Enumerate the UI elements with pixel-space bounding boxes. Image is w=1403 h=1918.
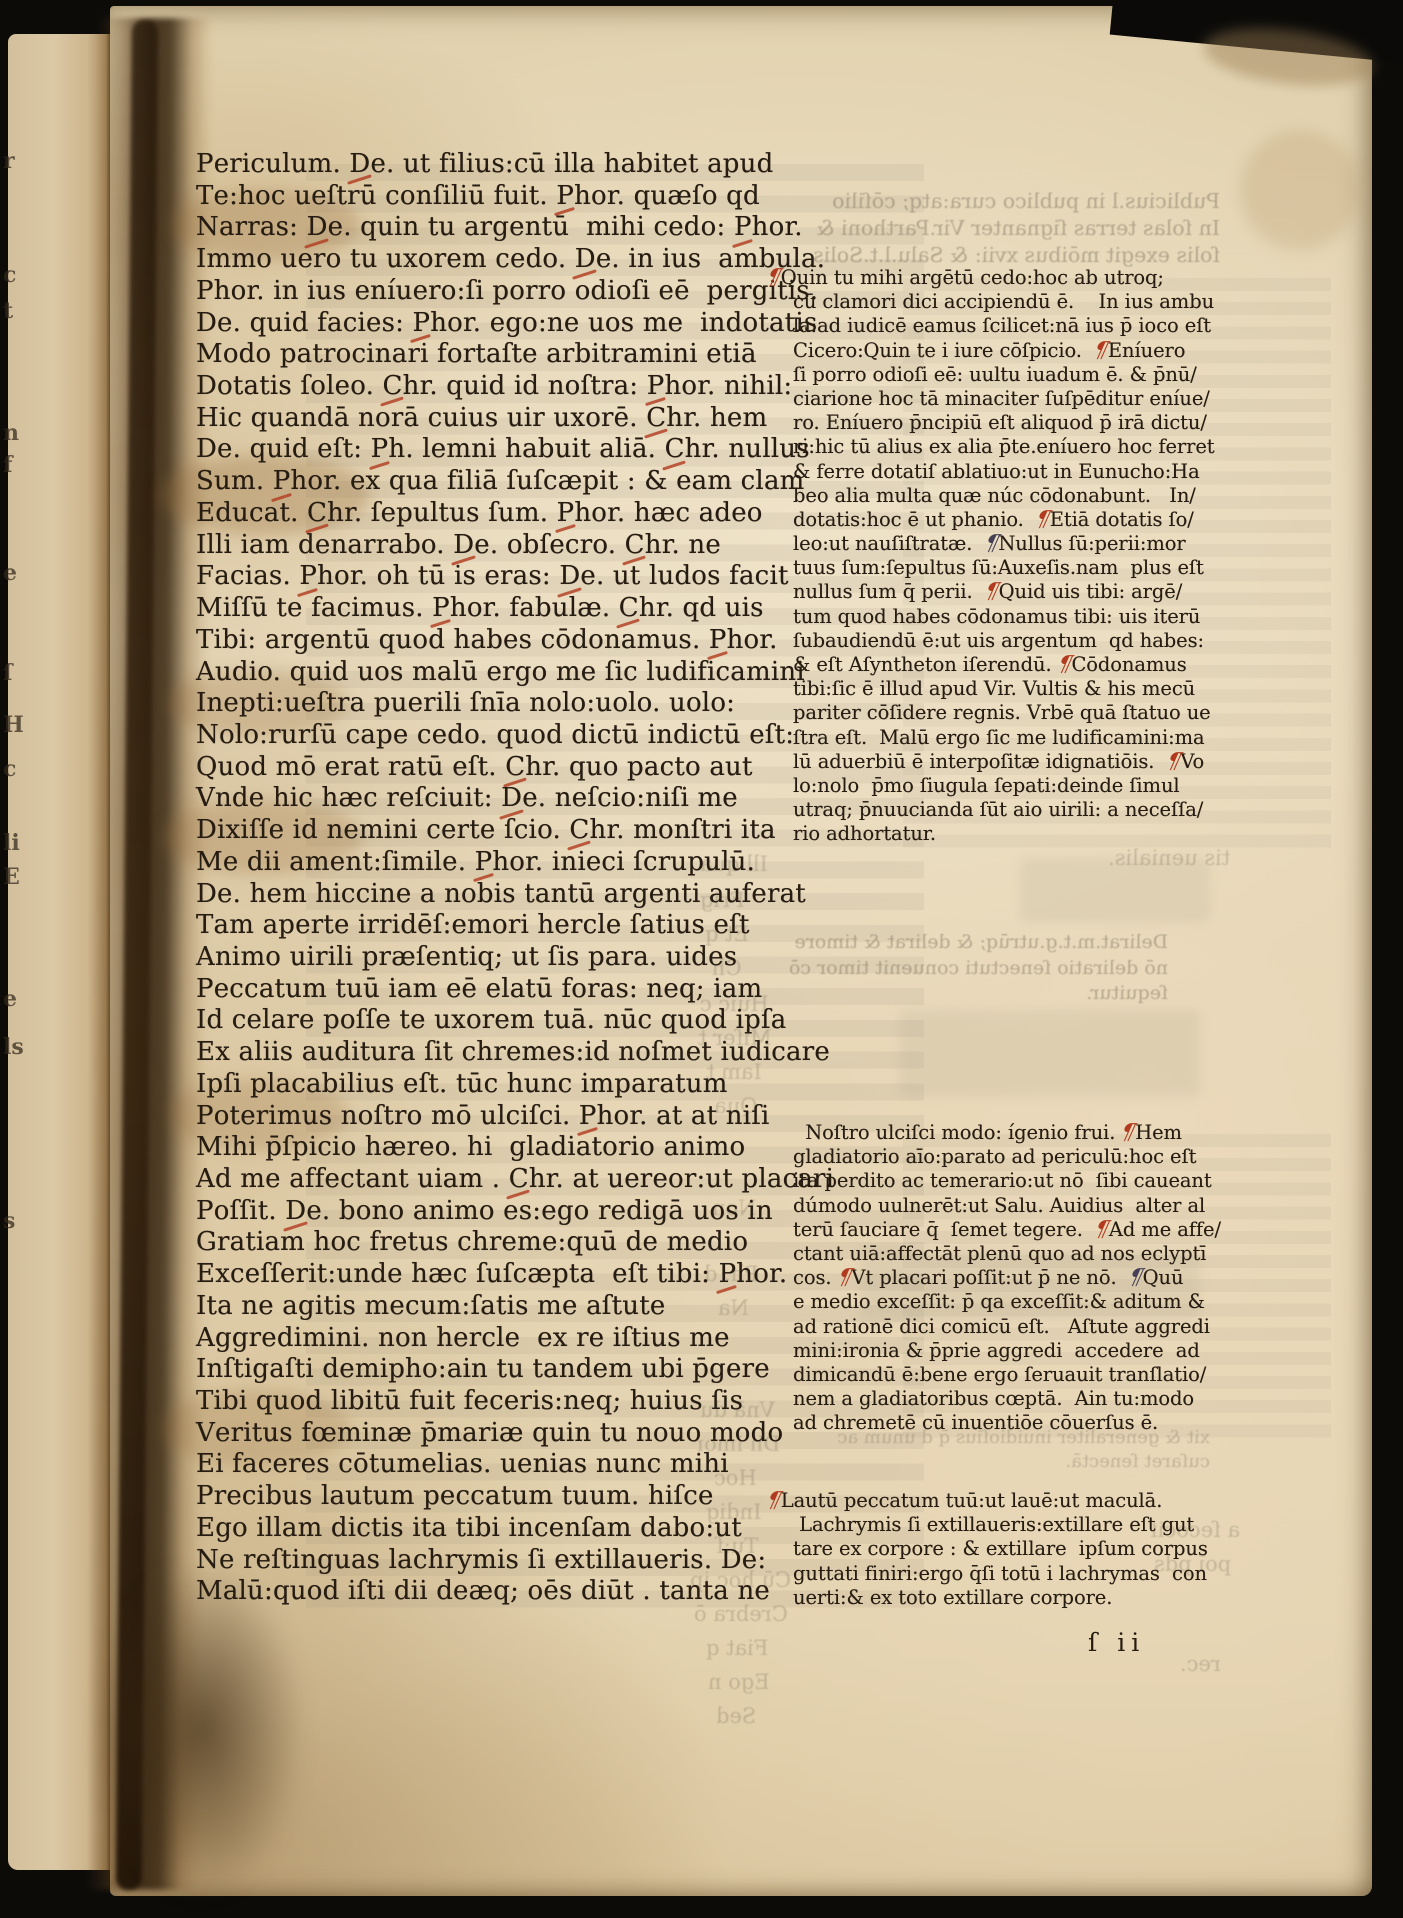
rubricated-initial: T [196, 181, 214, 213]
commentary-line: Cicero:Quin te i iure cōſpicio. ¶Eníuero [793, 339, 1233, 363]
commentary-line: ciarione hoc tā minaciter ſuſpēditur ení… [793, 387, 1233, 411]
main-text-column: Periculum. De. ut filius:cū illa habitet… [196, 149, 836, 1608]
rubricated-initial: D [196, 815, 217, 847]
rubricated-initial: N [196, 720, 219, 752]
commentary-line: ad chremetē cū inuentiōe cōuerſus ē. [793, 1411, 1233, 1435]
rubricated-initial: I [196, 1291, 206, 1323]
verse-line: Ne reſtinguas lachrymis ſi extillaueris.… [196, 1545, 836, 1577]
verse-line: De. quid facies: Phor. ego:ne uos me ind… [196, 308, 836, 340]
speaker-abbreviation: Chr. [625, 530, 680, 560]
verse-line: Ex aliis auditura ſit chremes:id noſmet … [196, 1037, 836, 1069]
commentary-line: gladiatorio aīo:parato ad periculū:hoc e… [793, 1145, 1233, 1169]
speaker-abbreviation: De. [453, 530, 498, 560]
commentary-line: la:ad iudicē eamus ſcilicet:nā ius p̄ io… [793, 314, 1233, 338]
verse-line: Sum. Phor. ex qua filiā ſuſcæpit : & eam… [196, 466, 836, 498]
commentary-line: uerti:& ex toto extillare corpore. [793, 1586, 1233, 1610]
verse-line: Dotatis ſoleo. Chr. quid id noſtra: Phor… [196, 371, 836, 403]
rubricated-initial: E [196, 1449, 215, 1481]
facing-page-letter-fragment: H [3, 712, 33, 738]
speaker-abbreviation: Phor. [273, 466, 342, 496]
verse-line: Poſſit. De. bono animo es:ego redigā uos… [196, 1196, 836, 1228]
speaker-abbreviation: Chr. [509, 1164, 564, 1194]
rubricated-initial: A [196, 1164, 215, 1196]
speaker-abbreviation: Chr. [646, 403, 701, 433]
verse-line: Immo uero tu uxorem cedo. De. in ius amb… [196, 244, 836, 276]
facing-page-letter-fragment: E [3, 864, 33, 890]
speaker-abbreviation: Phor. [647, 371, 716, 401]
rubricated-initial: M [196, 1576, 223, 1608]
verse-line: Dixiſſe id nemini certe ſcio. Chr. monſt… [196, 815, 836, 847]
pilcrow-mark: ¶ [1126, 1266, 1146, 1290]
rubricated-initial: H [196, 403, 219, 435]
verse-line: Ad me affectant uiam . Chr. at uereor:ut… [196, 1164, 836, 1196]
verse-line: Te:hoc ueſtrū conſiliū fuit. Phor. quæſo… [196, 181, 836, 213]
verse-line: Quod mō erat ratū eſt. Chr. quo pacto au… [196, 752, 836, 784]
rubricated-initial: I [196, 688, 206, 720]
verse-line: Peccatum tuū iam eē elatū foras: neq; ia… [196, 974, 836, 1006]
verse-line: Modo patrocinari fortaſte arbitramini et… [196, 339, 836, 371]
pilcrow-mark: ¶ [1091, 339, 1111, 363]
verse-line: Tibi: argentū quod habes cōdonamus. Phor… [196, 625, 836, 657]
commentary-line: tare ex corpore : & extillare ipſum corp… [793, 1537, 1233, 1561]
facing-page-letter-fragment: f [3, 452, 33, 478]
rubricated-initial: P [196, 276, 214, 308]
rubricated-initial: N [196, 212, 219, 244]
commentary-line: terū ſauciare q̄ ſemet tegere. ¶Ad me af… [793, 1218, 1233, 1242]
commentary-line: nem a gladiatoribus cœptā. Ain tu:modo [793, 1387, 1233, 1411]
pilcrow-mark: ¶ [1164, 750, 1184, 774]
rubricated-initial: M [196, 593, 223, 625]
commentary-line: cū clamori dici accipiendū ē. In ius amb… [793, 290, 1233, 314]
verse-line: Ipſi placabilius eſt. tūc hunc imparatum [196, 1069, 836, 1101]
commentary-line: leo:ut nauſiſtratæ. ¶Nullus ſū:perii:mor [793, 532, 1233, 556]
commentary-line: pariter cōſidere regnis. Vrbē quā ſtatuo… [793, 701, 1233, 725]
rubricated-initial: V [196, 783, 215, 815]
speaker-abbreviation: De. [307, 212, 352, 242]
commentary-line: e medio exceſſit: p̄ qa exceſſit:& aditu… [793, 1290, 1233, 1314]
rubricated-initial: D [196, 371, 217, 403]
speaker-abbreviation: Phor. [719, 1259, 788, 1289]
pilcrow-mark: ¶ [777, 1489, 784, 1513]
rubricated-initial: P [196, 974, 214, 1006]
speaker-abbreviation: Phor. [579, 1101, 648, 1131]
commentary-line: nullus ſum q̄ perii. ¶Quid uis tibi: arg… [793, 580, 1233, 604]
commentary-line: Lachrymis ſi extillaueris:extillare eſt … [793, 1513, 1233, 1537]
commentary-line: ri:hic tū alius ex alia p̄te.eníuero hoc… [793, 435, 1233, 459]
commentary-line: ad rationē dici comicū eſt. Aſtute aggre… [793, 1315, 1233, 1339]
verse-line: Precibus lautum peccatum tuum. hiſce [196, 1481, 836, 1513]
speaker-abbreviation: Phor. [475, 847, 544, 877]
speaker-abbreviation: De. [349, 149, 394, 179]
facing-page-letter-fragment: r [3, 148, 33, 174]
facing-page-letter-fragment: ls [3, 1034, 33, 1060]
rubricated-initial: I [196, 1005, 206, 1037]
rubricated-initial: A [196, 942, 215, 974]
stain [1240, 130, 1360, 250]
verse-line: Narras: De. quin tu argentū mihi cedo: P… [196, 212, 836, 244]
commentary-line: tum quod habes cōdonamus tibi: uis iterū [793, 605, 1233, 629]
rubricated-initial: I [196, 530, 206, 562]
verse-line: Exceſſerit:unde hæc ſuſcæpta eſt tibi: P… [196, 1259, 836, 1291]
commentary-line: ſubaudiendū ē:ut uis argentum qd habes: [793, 629, 1233, 653]
verse-line: Nolo:rurſū cape cedo. quod dictū indictū… [196, 720, 836, 752]
commentary-line: guttati finiri:ergo q̄ſi totū i lachryma… [793, 1562, 1233, 1586]
commentary-line: cos. ¶Vt placari poſſit:ut p̄ ne nō. ¶Qu… [793, 1266, 1233, 1290]
verse-line: Ei faceres cōtumelias. uenias nunc mihi [196, 1449, 836, 1481]
rubricated-initial: E [196, 498, 215, 530]
commentary-block: ¶Lautū peccatum tuū:ut lauē:ut maculā. L… [793, 1489, 1233, 1610]
rubricated-initial: I [196, 1354, 206, 1386]
commentary-line: rio adhortatur. [793, 822, 1233, 846]
commentary-line: ſtra eſt. Malū ergo ſic me ludificamini:… [793, 726, 1233, 750]
showthrough-haze [1020, 858, 1210, 922]
rubricated-initial: M [196, 847, 223, 879]
speaker-abbreviation: Ph. [371, 434, 414, 464]
speaker-abbreviation: Chr. [619, 593, 674, 623]
facing-page-letter-fragment: n [3, 420, 33, 446]
commentary-line: ita perdito ac temerario:ut nō ſibi caue… [793, 1169, 1233, 1193]
commentary-line: lū aduerbiū ē interpoſitæ idignatiōis. ¶… [793, 750, 1233, 774]
pilcrow-mark: ¶ [1033, 508, 1053, 532]
speaker-abbreviation: De. [285, 1196, 330, 1226]
commentary-line: beo alia multa quæ núc cōdonabunt. In/ [793, 484, 1233, 508]
rubricated-initial: T [196, 910, 214, 942]
pilcrow-mark: ¶ [1055, 653, 1075, 677]
rubricated-initial: T [196, 1386, 214, 1418]
facing-page-letter-fragment: c [3, 262, 33, 288]
rubricated-initial: G [196, 1227, 217, 1259]
pilcrow-mark: ¶ [1092, 1218, 1112, 1242]
verse-line: Miſſū te facimus. Phor. fabulæ. Chr. qd … [196, 593, 836, 625]
commentary-line: & eſt Aſyntheton iſerendū. ¶Cōdonamus [793, 653, 1233, 677]
verse-line: Inepti:ueſtra puerili ſnīa nolo:uolo. uo… [196, 688, 836, 720]
rubricated-initial: A [196, 657, 215, 689]
commentary-line: Noſtro ulciſci modo: ígenio frui. ¶Hem [793, 1121, 1233, 1145]
book-scan: rctnfeſHcliEelss Publicius.l in publico … [0, 0, 1403, 1918]
commentary-block: ¶Quin tu mihi argētū cedo:hoc ab utroq;c… [793, 266, 1233, 847]
speaker-abbreviation: De. [559, 561, 604, 591]
speaker-abbreviation: Phor. [432, 593, 501, 623]
facing-page-letter-fragment: t [3, 298, 33, 324]
verse-line: Malū:quod iſti dii deæq; oēs diūt . tant… [196, 1576, 836, 1608]
pilcrow-mark: ¶ [982, 580, 1002, 604]
gutter-bottom-shadow [96, 1560, 306, 1900]
commentary-line: ſi porro odioſi eē: uultu iuadum ē. & p̄… [793, 363, 1233, 387]
rubricated-initial: E [196, 1037, 215, 1069]
signature-mark: ſ ii [1088, 1628, 1145, 1657]
rubricated-initial: E [196, 1259, 215, 1291]
verse-line: Mihi p̄ſpicio hæreo. hi gladiatorio anim… [196, 1132, 836, 1164]
speaker-abbreviation: Phor. [734, 212, 803, 242]
commentary-line: dúmodo uulnerēt:ut Salu. Auidius alter a… [793, 1194, 1233, 1218]
rubricated-initial: D [196, 879, 217, 911]
speaker-abbreviation: Chr. [505, 752, 560, 782]
commentary-line: ro. Eníuero p̄ncipiū eſt aliquod p̄ irā … [793, 411, 1233, 435]
facing-page-letter-fragment: e [3, 560, 33, 586]
verse-line: Me dii ament:ſimile. Phor. inieci ſcrupu… [196, 847, 836, 879]
verse-line: Gratiam hoc fretus chreme:quū de medio [196, 1227, 836, 1259]
rubricated-initial: D [196, 308, 217, 340]
rubricated-initial: V [196, 1418, 215, 1450]
rubricated-initial: A [196, 1323, 215, 1355]
verse-line: Tam aperte irridēſ:emori hercle ſatius e… [196, 910, 836, 942]
rubricated-initial: M [196, 1132, 223, 1164]
verse-line: De. hem hiccine a nobis tantū argenti au… [196, 879, 836, 911]
pilcrow-mark: ¶ [777, 266, 784, 290]
facing-page-letter-fragment: li [3, 830, 33, 856]
speaker-abbreviation: Chr. [307, 498, 362, 528]
pilcrow-mark: ¶ [835, 1266, 855, 1290]
pilcrow-mark: ¶ [982, 532, 1002, 556]
verse-line: Id celare poſſe te uxorem tuā. nūc quod … [196, 1005, 836, 1037]
commentary-line: dotatis:hoc ē ut phanio. ¶Etiā dotatis ſ… [793, 508, 1233, 532]
speaker-abbreviation: Phor. [299, 561, 368, 591]
facing-page-letter-fragment: c [3, 756, 33, 782]
verse-line: Tibi quod libitū fuit feceris:neq; huius… [196, 1386, 836, 1418]
rubricated-initial: P [196, 1481, 214, 1513]
facing-page-letter-fragment: ſ [3, 660, 33, 686]
commentary-line: lo:nolo p̄mo ſiugula ſepati:deinde ſimul [793, 774, 1233, 798]
rubricated-initial: P [196, 1196, 214, 1228]
commentary-line: ctant uiā:affectāt plenū quo ad nos ecly… [793, 1242, 1233, 1266]
rubricated-initial: T [196, 625, 214, 657]
showthrough-haze [900, 1010, 1200, 1096]
speaker-abbreviation: Chr. [383, 371, 438, 401]
speaker-abbreviation: Chr. [665, 434, 720, 464]
verse-line: Educat. Chr. ſepultus ſum. Phor. hæc ade… [196, 498, 836, 530]
verse-line: Ego illam dictis ita tibi incenſam dabo:… [196, 1513, 836, 1545]
speaker-abbreviation: De. [575, 244, 620, 274]
commentary-line: ¶Lautū peccatum tuū:ut lauē:ut maculā. [793, 1489, 1233, 1513]
pilcrow-mark: ¶ [1118, 1121, 1138, 1145]
commentary-line: ¶Quin tu mihi argētū cedo:hoc ab utroq; [793, 266, 1233, 290]
commentary-line: & ferre dotatiſ ablatiuo:ut in Eunucho:H… [793, 460, 1233, 484]
verse-line: Audio. quid uos malū ergo me ſic ludific… [196, 657, 836, 689]
rubricated-initial: F [196, 561, 214, 593]
verse-line: Animo uirili præſentiq; ut ſis para. uid… [196, 942, 836, 974]
rubricated-initial: E [196, 1513, 215, 1545]
commentary-line: dimicandū ē:bene ergo ſeruauit tranſlati… [793, 1363, 1233, 1387]
verse-line: Veritus fœminæ p̄mariæ quin tu nouo modo [196, 1418, 836, 1450]
verse-line: Hic quandā norā cuius uir uxorē. Chr. he… [196, 403, 836, 435]
facing-page-letter-fragment: s [3, 1208, 33, 1234]
rubricated-initial: M [196, 339, 223, 371]
speaker-abbreviation: De. [501, 783, 546, 813]
verse-line: Facias. Phor. oh tū is eras: De. ut ludo… [196, 561, 836, 593]
verse-line: Inſtigaſti demipho:ain tu tandem ubi p̄g… [196, 1354, 836, 1386]
speaker-abbreviation: Phor. [556, 181, 625, 211]
verse-line: Periculum. De. ut filius:cū illa habitet… [196, 149, 836, 181]
verse-line: Illi iam denarrabo. De. obſecro. Chr. ne [196, 530, 836, 562]
rubricated-initial: Q [196, 752, 218, 784]
rubricated-initial: S [196, 466, 214, 498]
rubricated-initial: I [196, 1069, 206, 1101]
commentary-line: tuus ſum:ſepultus ſū:Auxeſis.nam plus eſ… [793, 556, 1233, 580]
rubricated-initial: P [196, 149, 214, 181]
rubricated-initial: I [196, 244, 206, 276]
speaker-abbreviation: Phor. [413, 308, 482, 338]
commentary-line: mini:ironia & p̄prie aggredi accedere ad [793, 1339, 1233, 1363]
commentary-line: tibi:ſic ē illud apud Vir. Vultis & his … [793, 677, 1233, 701]
rubricated-initial: D [196, 434, 217, 466]
commentary-block: Noſtro ulciſci modo: ígenio frui. ¶Hemgl… [793, 1121, 1233, 1435]
speaker-abbreviation: Phor. [709, 625, 778, 655]
verse-line: Aggredimini. non hercle ex re iſtius me [196, 1323, 836, 1355]
verse-line: Ita ne agitis mecum:ſatis me aſtute [196, 1291, 836, 1323]
verse-line: Poterimus noſtro mō ulciſci. Phor. at at… [196, 1101, 836, 1133]
verse-line: Vnde hic hæc reſciuit: De. neſcio:niſi m… [196, 783, 836, 815]
speaker-abbreviation: Chr. [569, 815, 624, 845]
commentary-line: utraq; p̄nuucianda ſūt aio uirili: a nec… [793, 798, 1233, 822]
rubricated-initial: N [196, 1545, 219, 1577]
facing-page-letter-fragment: e [3, 986, 33, 1012]
verse-line: De. quid eſt: Ph. lemni habuit aliā. Chr… [196, 434, 836, 466]
rubricated-initial: P [196, 1101, 214, 1133]
speaker-abbreviation: Phor. [557, 498, 626, 528]
verse-line: Phor. in ius eníuero:ſi porro odioſi eē … [196, 276, 836, 308]
